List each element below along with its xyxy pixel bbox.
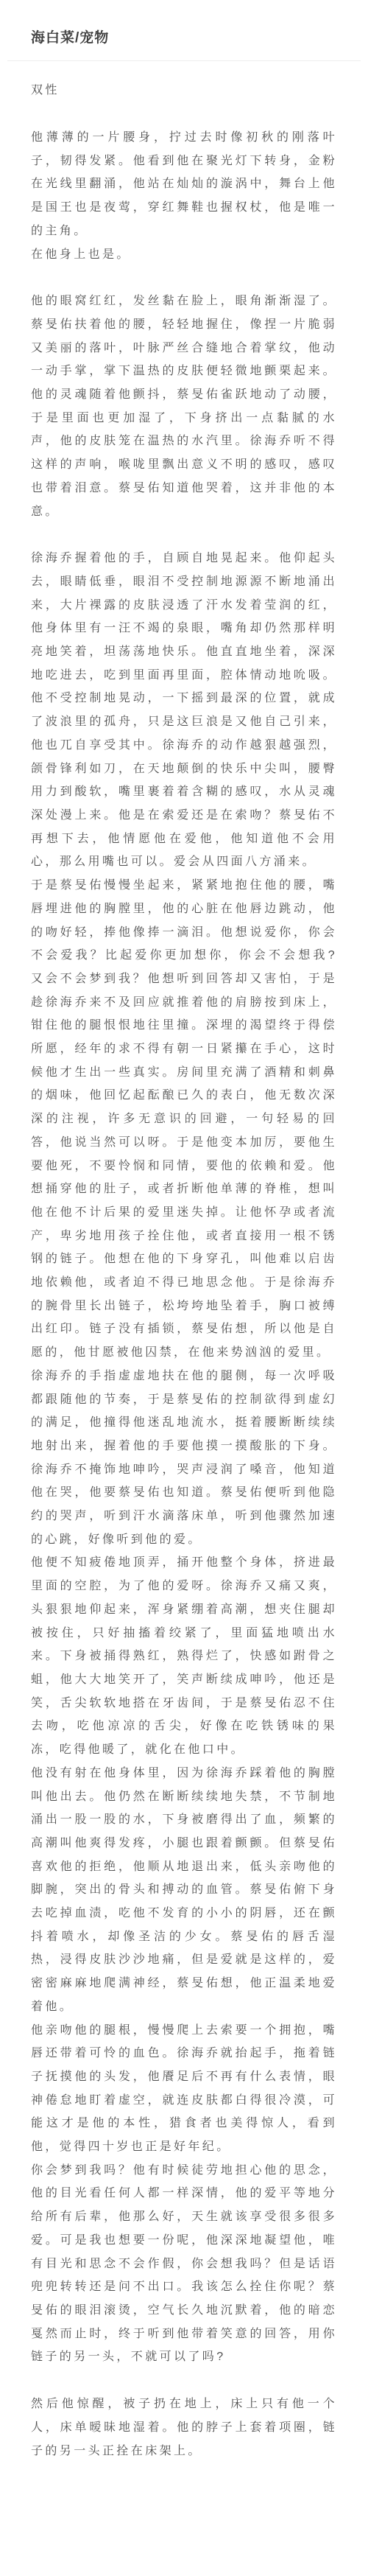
paragraph: 徐海乔握着他的手，自顾自地晃起来。他仰起头去，眼睛低垂，眼泪不受控制地源源不断地…: [31, 547, 337, 874]
paragraph: 徐海乔的手指虚虚地扶在他的腿侧，每一次呼吸都跟随他的节奏，于是蔡旻佑的控制欲得到…: [31, 1365, 337, 1552]
article: 海白菜/宠物 双性 他薄薄的一片腰身，拧过去时像初秋的刚落叶子，韧得发紧。他看到…: [0, 0, 368, 2576]
article-body: 他薄薄的一片腰身，拧过去时像初秋的刚落叶子，韧得发紧。他看到他在聚光灯下转身，金…: [31, 126, 337, 2463]
paragraph: 然后他惊醒，被子扔在地上，床上只有他一个人，床单暧昧地湿着。他的脖子上套着项圈，…: [31, 2393, 337, 2463]
article-title: 海白菜/宠物: [31, 29, 337, 47]
text-section: 然后他惊醒，被子扔在地上，床上只有他一个人，床单暧昧地湿着。他的脖子上套着项圈，…: [31, 2393, 337, 2463]
paragraph: 你会梦到我吗？他有时候徒劳地担心他的思念，他的目光看任何人都一样深情，他的爱平等…: [31, 2159, 337, 2369]
paragraph: 他没有射在他身体里，因为徐海乔踩着他的胸膛叫他出去。他仍然在断断续续地失禁，不节…: [31, 1762, 337, 2019]
paragraph: 他亲吻他的腿根，慢慢爬上去索要一个拥抱，嘴唇还带着可怜的血色。徐海乔就抬起手，拖…: [31, 2019, 337, 2159]
paragraph: 他便不知疲倦地顶弄，捅开他整个身体，挤进最里面的空腔，为了他的爱呀。徐海乔又痛又…: [31, 1551, 337, 1761]
title-divider: [7, 60, 361, 61]
paragraph: 于是蔡旻佑慢慢坐起来，紧紧地抱住他的腰，嘴唇埋进他的胸膛里，他的心脏在他唇边跳动…: [31, 874, 337, 1365]
paragraph: 他薄薄的一片腰身，拧过去时像初秋的刚落叶子，韧得发紧。他看到他在聚光灯下转身，金…: [31, 126, 337, 243]
paragraph: 在他身上也是。: [31, 243, 337, 267]
text-section: 他的眼窝红红，发丝黏在脸上，眼角渐渐湿了。蔡旻佑扶着他的腰，轻轻地握住，像捏一片…: [31, 290, 337, 523]
text-section: 他薄薄的一片腰身，拧过去时像初秋的刚落叶子，韧得发紧。他看到他在聚光灯下转身，金…: [31, 126, 337, 266]
article-tag: 双性: [31, 79, 337, 102]
paragraph: 他的眼窝红红，发丝黏在脸上，眼角渐渐湿了。蔡旻佑扶着他的腰，轻轻地握住，像捏一片…: [31, 290, 337, 523]
text-section: 徐海乔握着他的手，自顾自地晃起来。他仰起头去，眼睛低垂，眼泪不受控制地源源不断地…: [31, 547, 337, 2369]
